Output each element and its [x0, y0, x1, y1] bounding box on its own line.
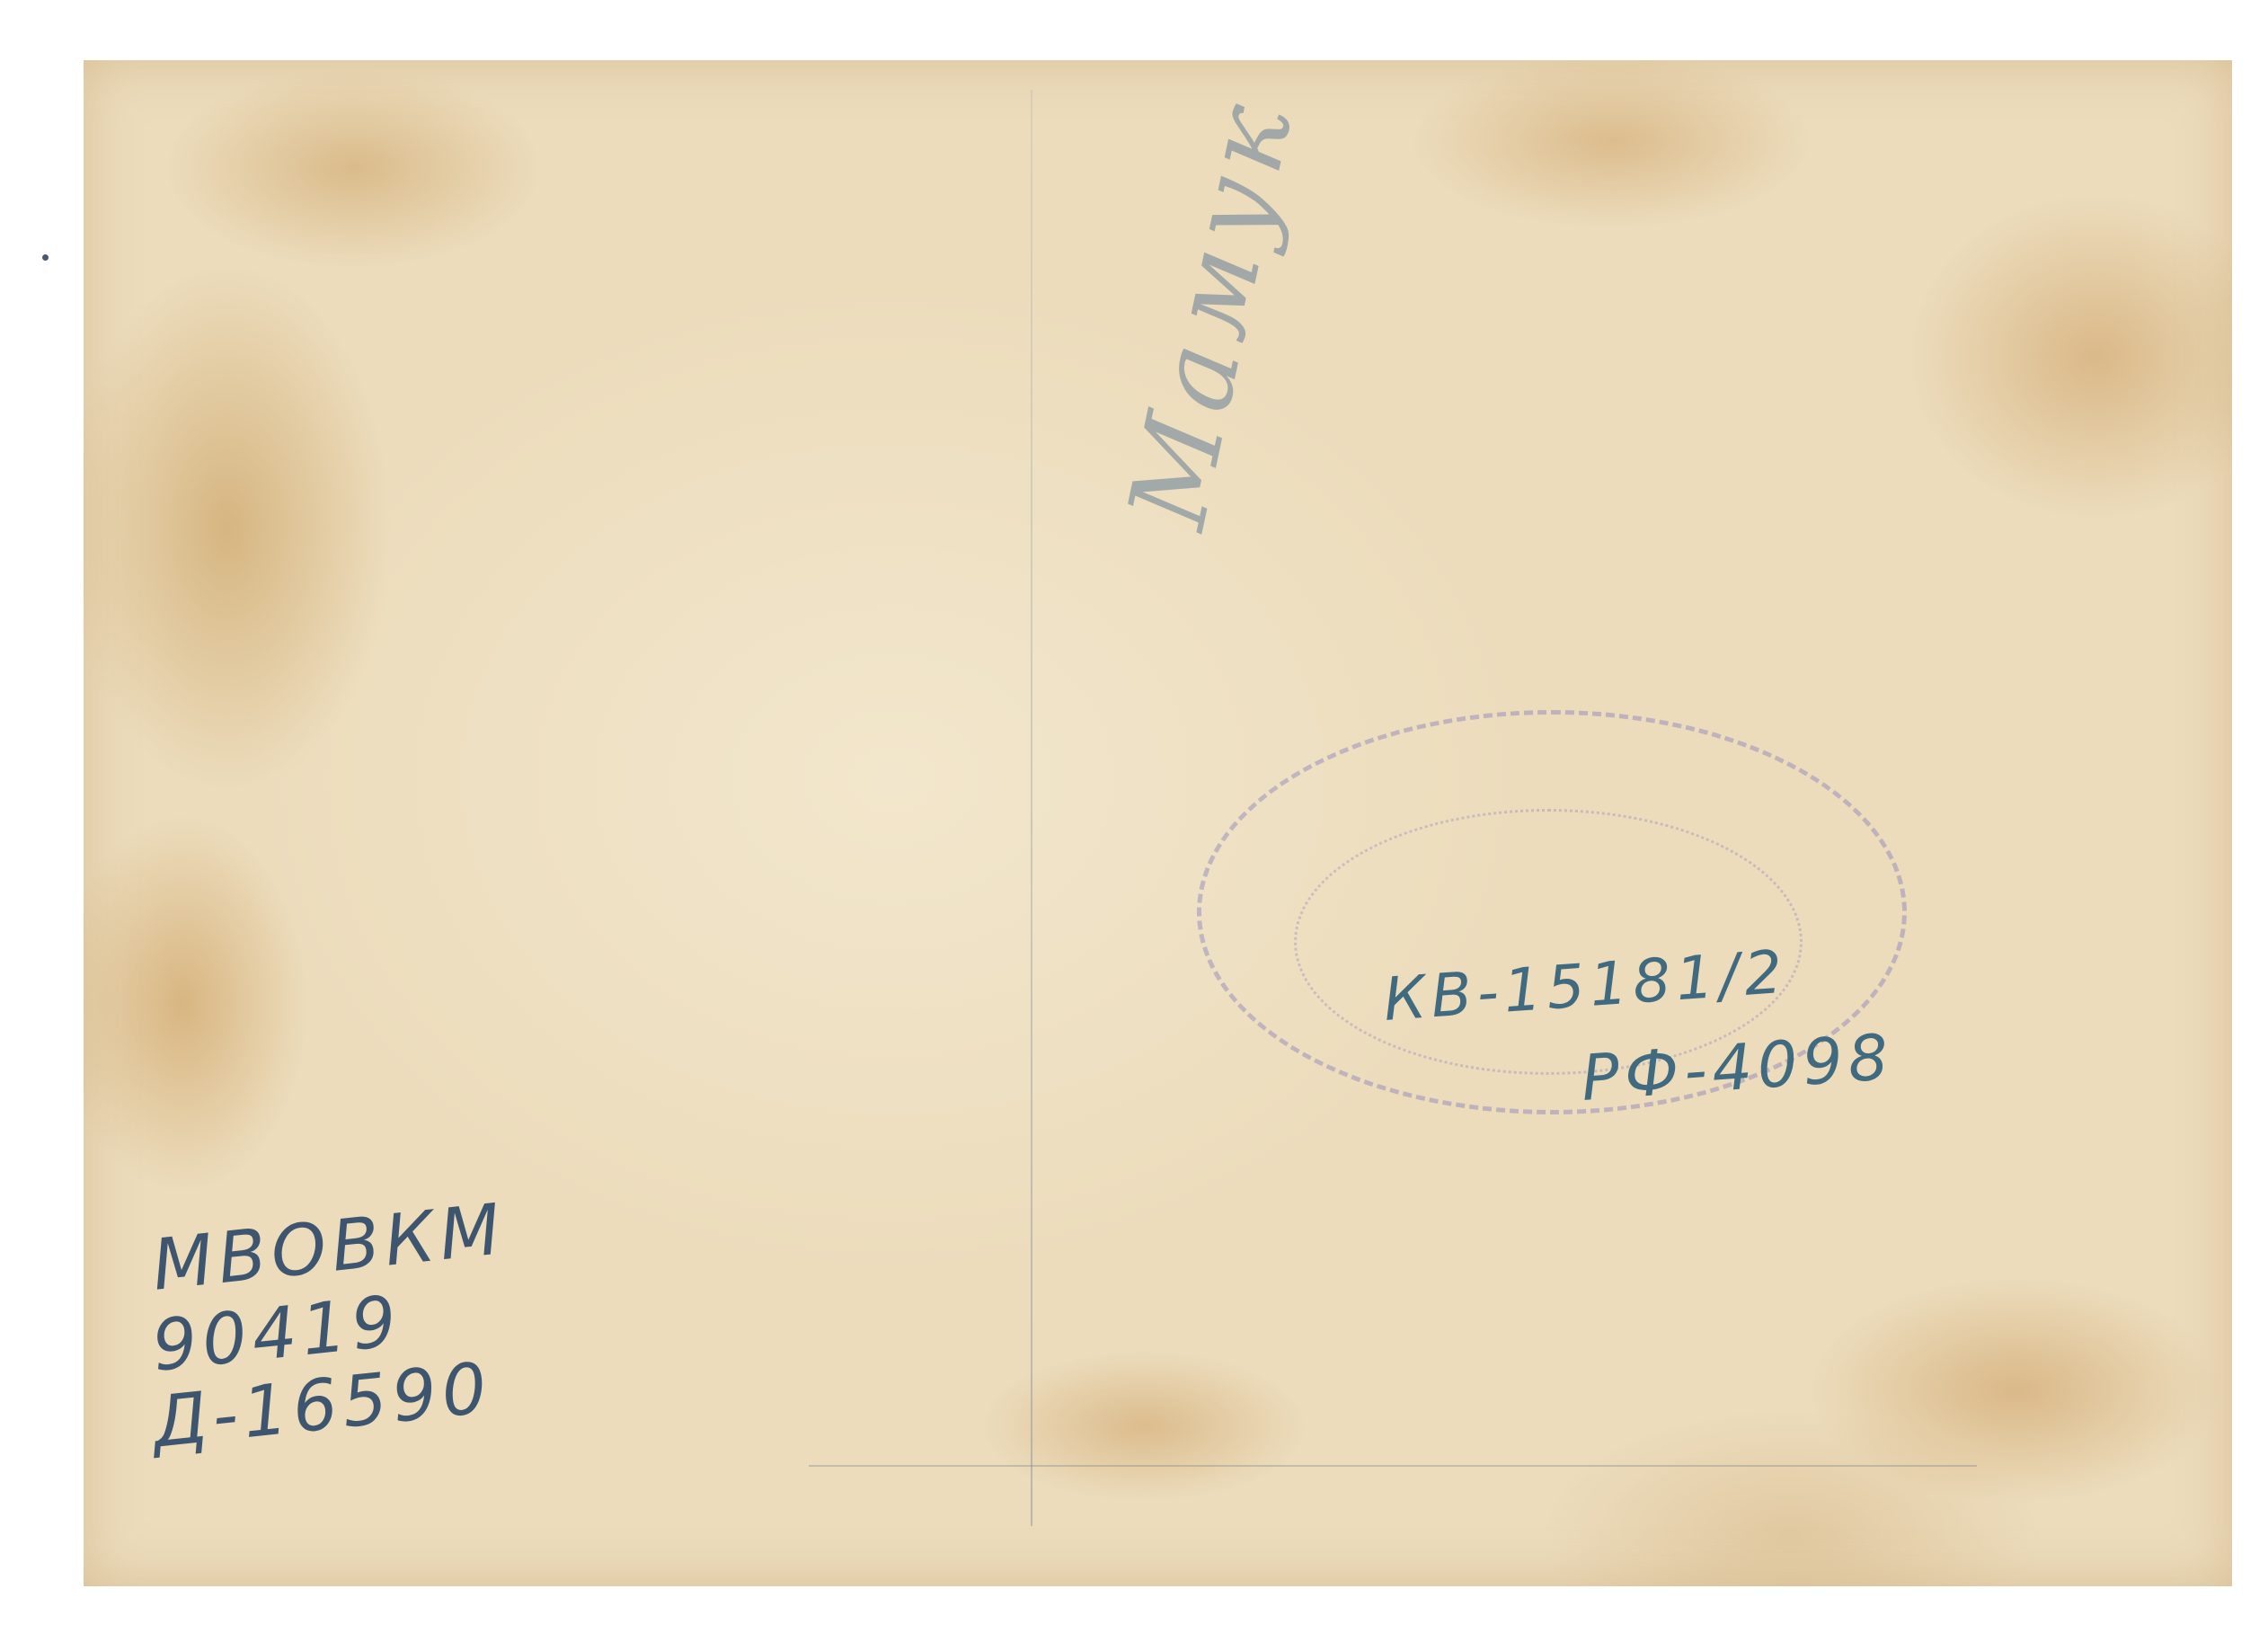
crease-line-horizontal — [809, 1465, 1977, 1467]
scan-dust-dot — [42, 254, 49, 261]
crease-line-vertical — [1031, 90, 1032, 1526]
